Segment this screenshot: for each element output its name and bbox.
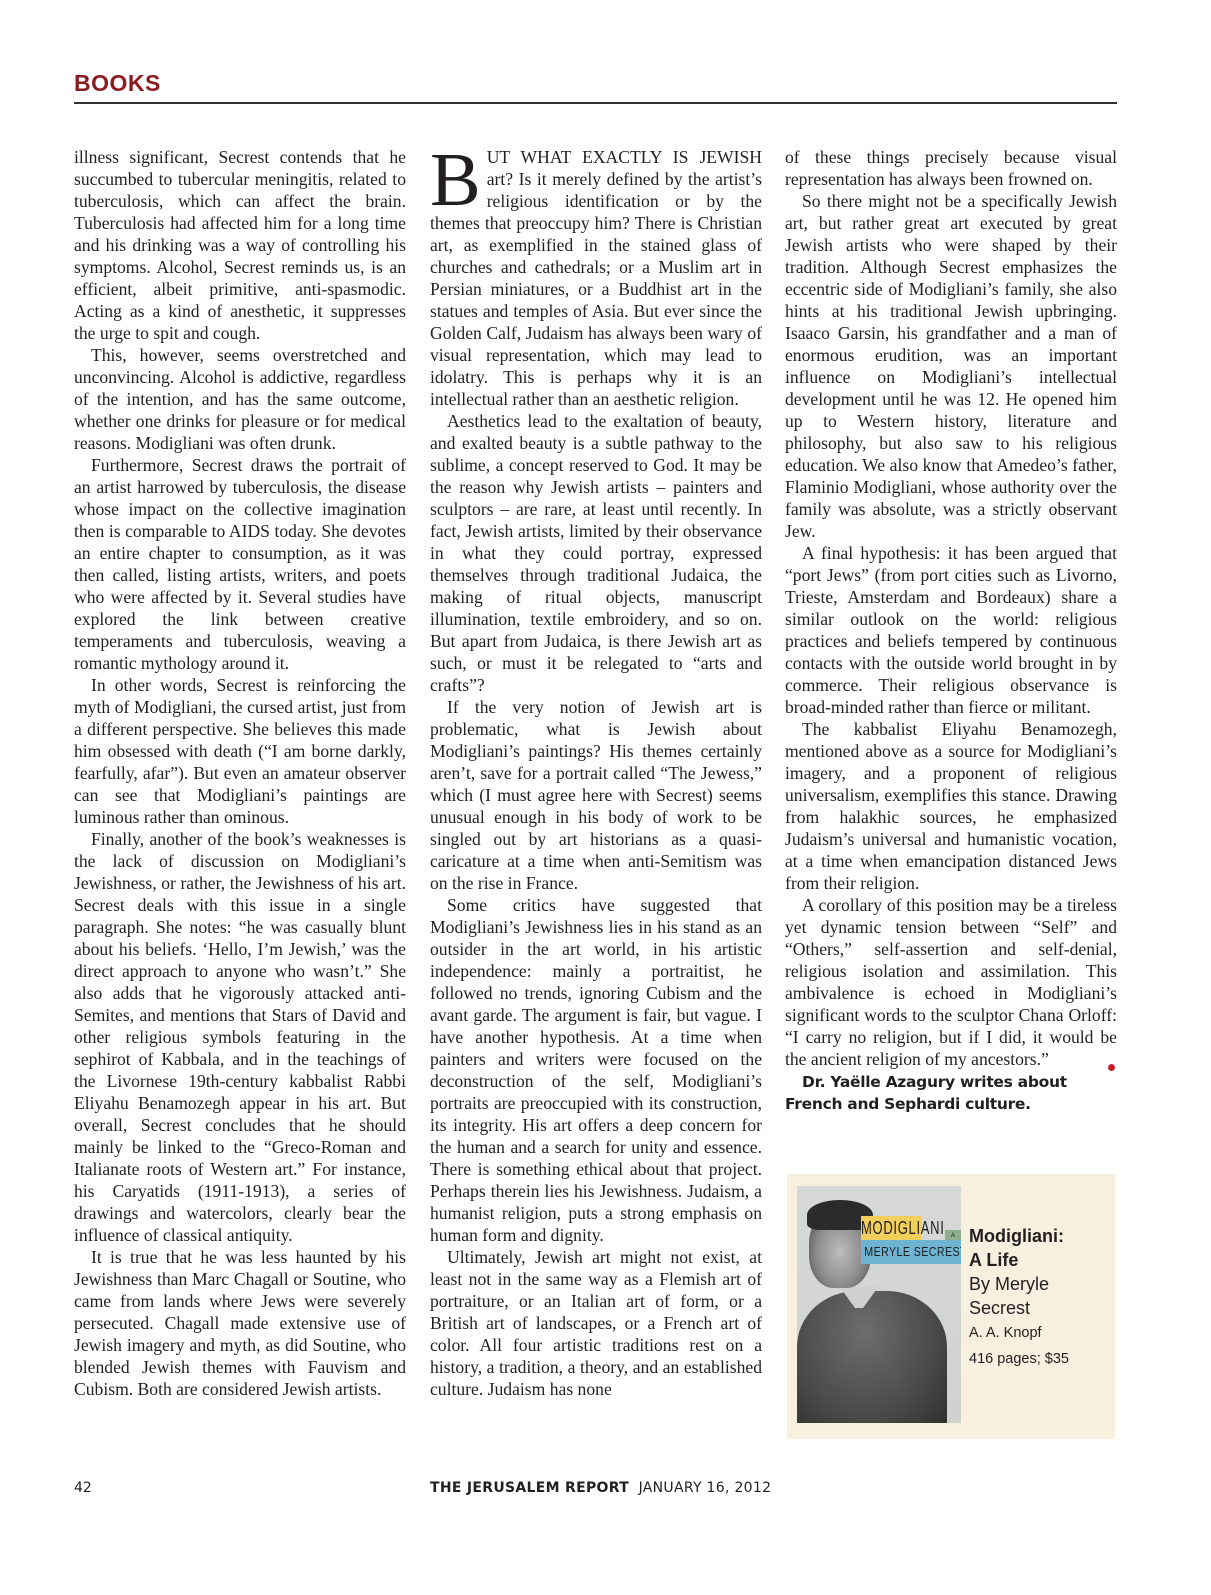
paragraph: If the very notion of Jewish art is prob… [430,696,762,894]
drop-cap: B [430,150,481,210]
paragraph: In other words, Secrest is reinforcing t… [74,674,406,828]
footer-publication: THE JERUSALEM REPORT JANUARY 16, 2012 [430,1480,771,1496]
paragraph: So there might not be a specifically Jew… [785,190,1117,542]
book-pages-price: 416 pages; $35 [969,1346,1109,1372]
book-info-box: MODIGLIANI A LIFE MERYLE SECREST Modigli… [787,1174,1115,1439]
paragraph: Furthermore, Secrest draws the portrait … [74,454,406,674]
lead-caps: UT WHAT EXACTLY IS JEWISH [487,147,762,167]
book-details: Modigliani: A Life By Meryle Secrest A. … [969,1224,1109,1372]
book-title-line-1: Modigliani: [969,1224,1109,1248]
paragraph: Some critics have suggested that Modigli… [430,894,762,1246]
book-cover-image: MODIGLIANI A LIFE MERYLE SECREST [797,1186,961,1423]
article-column-2: BUT WHAT EXACTLY IS JEWISH art? Is it me… [430,146,762,1400]
paragraph: Finally, another of the book’s weaknesse… [74,828,406,1246]
author-bio: Dr. Yaëlle Azagury writes about French a… [785,1071,1117,1115]
paragraph: A final hypothesis: it has been argued t… [785,542,1117,718]
issue-date: JANUARY 16, 2012 [639,1480,772,1496]
page-number: 42 [74,1480,92,1496]
lead-paragraph: BUT WHAT EXACTLY IS JEWISH art? Is it me… [430,146,762,410]
article-column-3: of these things precisely because visual… [785,146,1117,1115]
paragraph: The kabbalist Eliyahu Benamozegh, mentio… [785,718,1117,894]
paragraph: A corollary of this position may be a ti… [785,894,1117,1070]
book-title-line-2: A Life [969,1248,1109,1272]
paragraph: This, however, seems overstretched and u… [74,344,406,454]
publication-name: THE JERUSALEM REPORT [430,1480,629,1496]
paragraph: It is true that he was less haunted by h… [74,1246,406,1400]
book-author-line-2: Secrest [969,1296,1109,1320]
cover-author: MERYLE SECREST [861,1240,961,1264]
book-publisher: A. A. Knopf [969,1320,1109,1346]
book-author-line-1: By Meryle [969,1272,1109,1296]
header-rule [74,102,1117,104]
paragraph: of these things precisely because visual… [785,146,1117,190]
article-column-1: illness significant, Secrest contends th… [74,146,406,1400]
cover-author-band: MERYLE SECREST [861,1240,961,1264]
paragraph: illness significant, Secrest contends th… [74,146,406,344]
section-heading: BOOKS [74,70,161,97]
cover-title: MODIGLIANI [861,1216,921,1240]
paragraph: Ultimately, Jewish art might not exist, … [430,1246,762,1400]
cover-figure-torso [797,1291,947,1423]
paragraph: Aesthetics lead to the exaltation of bea… [430,410,762,696]
end-of-article-dot-icon [1108,1064,1115,1071]
